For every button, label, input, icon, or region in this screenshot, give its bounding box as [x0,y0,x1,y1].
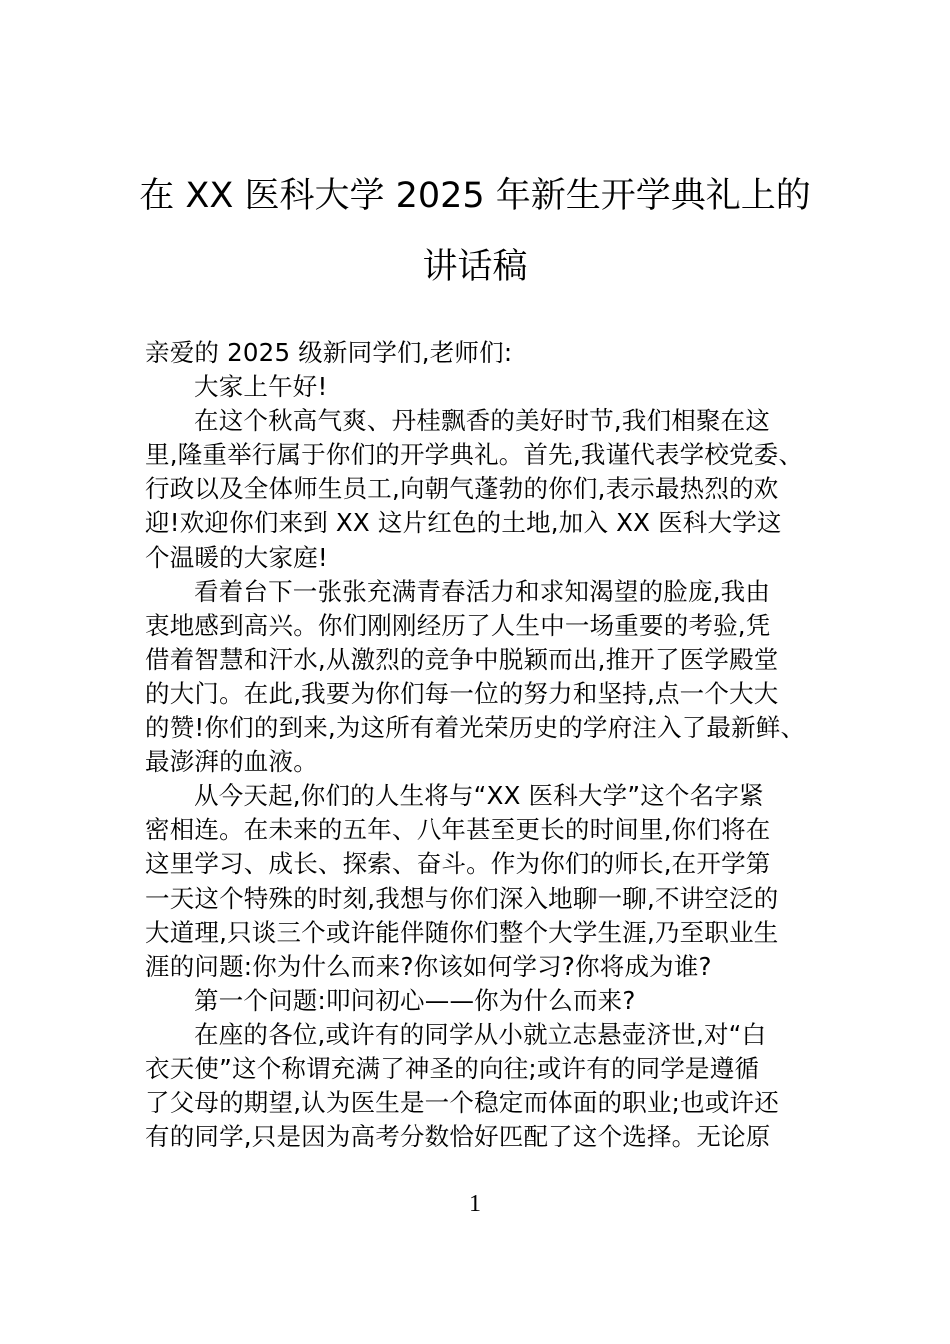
body-line: 衷地感到高兴。你们刚刚经历了人生中一场重要的考验,凭 [145,609,825,643]
document-title-line-1: 在 XX 医科大学 2025 年新生开学典礼上的 [0,176,950,216]
body-line: 的赞!你们的到来,为这所有着光荣历史的学府注入了最新鲜、 [145,711,825,745]
page-number: 1 [0,1190,950,1218]
body-line: 涯的问题:你为什么而来?你该如何学习?你将成为谁? [145,950,825,984]
body-line: 个温暖的大家庭! [145,541,825,575]
body-line: 在座的各位,或许有的同学从小就立志悬壶济世,对“白 [145,1018,825,1052]
body-line: 这里学习、成长、探索、奋斗。作为你们的师长,在开学第 [145,847,825,881]
salutation-line: 亲爱的 2025 级新同学们,老师们: [145,336,825,370]
body-line: 有的同学,只是因为高考分数恰好匹配了这个选择。无论原 [145,1120,825,1154]
body-line: 迎!欢迎你们来到 XX 这片红色的土地,加入 XX 医科大学这 [145,506,825,540]
section-heading: 第一个问题:叩问初心——你为什么而来? [145,984,825,1018]
body-line: 行政以及全体师生员工,向朝气蓬勃的你们,表示最热烈的欢 [145,472,825,506]
body-line: 密相连。在未来的五年、八年甚至更长的时间里,你们将在 [145,813,825,847]
document-body: 亲爱的 2025 级新同学们,老师们: 大家上午好! 在这个秋高气爽、丹桂飘香的… [145,336,825,1154]
body-line: 的大门。在此,我要为你们每一位的努力和坚持,点一个大大 [145,677,825,711]
document-title-line-2: 讲话稿 [0,247,950,287]
body-line: 看着台下一张张充满青春活力和求知渴望的脸庞,我由 [145,575,825,609]
body-line: 里,隆重举行属于你们的开学典礼。首先,我谨代表学校党委、 [145,438,825,472]
body-line: 了父母的期望,认为医生是一个稳定而体面的职业;也或许还 [145,1086,825,1120]
body-line: 在这个秋高气爽、丹桂飘香的美好时节,我们相聚在这 [145,404,825,438]
body-line: 一天这个特殊的时刻,我想与你们深入地聊一聊,不讲空泛的 [145,882,825,916]
document-page: 在 XX 医科大学 2025 年新生开学典礼上的 讲话稿 亲爱的 2025 级新… [0,0,950,1344]
body-line: 从今天起,你们的人生将与“XX 医科大学”这个名字紧 [145,779,825,813]
body-line: 衣天使”这个称谓充满了神圣的向往;或许有的同学是遵循 [145,1052,825,1086]
body-line: 大道理,只谈三个或许能伴随你们整个大学生涯,乃至职业生 [145,916,825,950]
body-line: 最澎湃的血液。 [145,745,825,779]
body-line: 借着智慧和汗水,从激烈的竞争中脱颖而出,推开了医学殿堂 [145,643,825,677]
greeting-line: 大家上午好! [145,370,825,404]
